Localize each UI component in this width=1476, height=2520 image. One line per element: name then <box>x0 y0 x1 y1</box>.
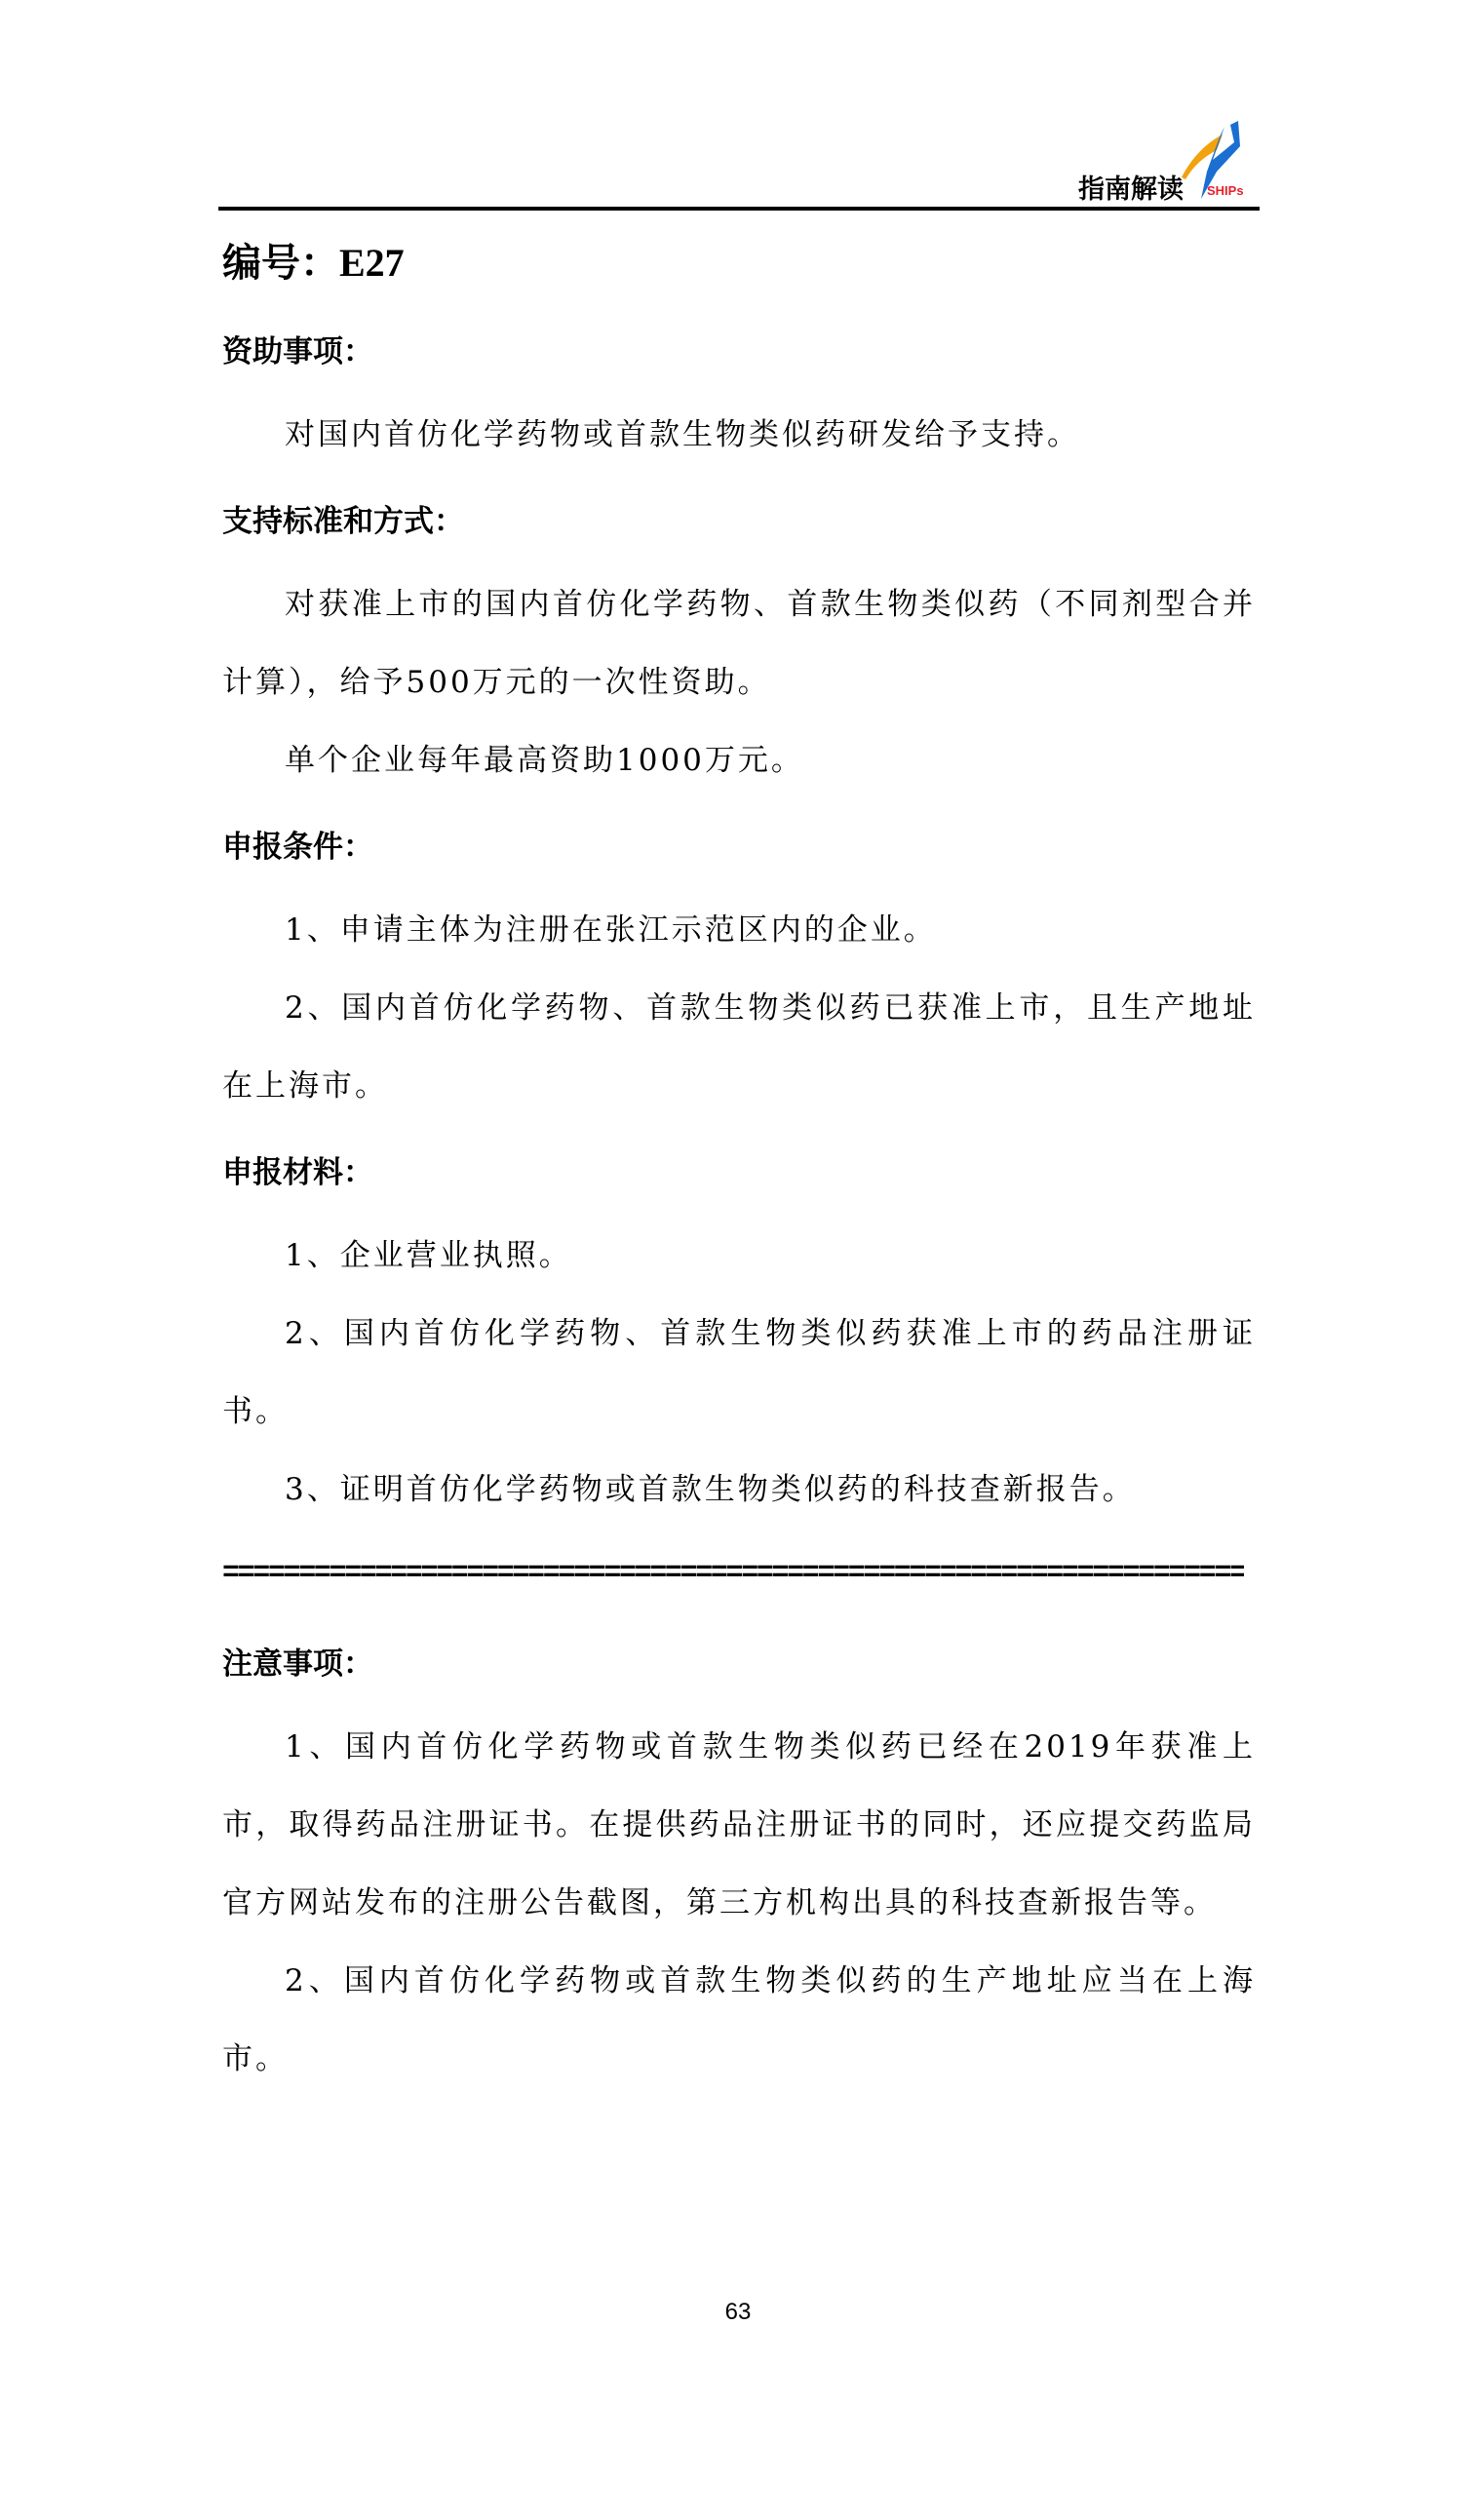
section-support-standard: 支持标准和方式： 对获准上市的国内首仿化学药物、首款生物类似药（不同剂型合并计算… <box>222 499 1256 799</box>
section-funding-item: 资助事项： 对国内首仿化学药物或首款生物类似药研发给予支持。 <box>222 330 1256 474</box>
paragraph: 对国内首仿化学药物或首款生物类似药研发给予支持。 <box>222 396 1256 474</box>
list-item: 2、国内首仿化学药物、首款生物类似药获准上市的药品注册证书。 <box>222 1295 1256 1451</box>
section-heading: 申报条件： <box>222 825 1256 870</box>
page-number: 63 <box>0 2299 1476 2326</box>
section-heading: 申报材料： <box>222 1150 1256 1195</box>
section-notes: 注意事项： 1、国内首仿化学药物或首款生物类似药已经在2019年获准上市，取得药… <box>222 1642 1256 2098</box>
section-heading: 注意事项： <box>222 1642 1256 1686</box>
ships-logo: SHIPs <box>1178 117 1248 205</box>
page-header: 指南解读 SHIPs <box>218 117 1260 211</box>
list-item: 3、证明首仿化学药物或首款生物类似药的科技查新报告。 <box>222 1451 1256 1529</box>
list-item: 1、申请主体为注册在张江示范区内的企业。 <box>222 891 1256 969</box>
list-item: 2、国内首仿化学药物或首款生物类似药的生产地址应当在上海市。 <box>222 1942 1256 2098</box>
separator-line: ========================================… <box>222 1554 1244 1593</box>
list-item: 1、国内首仿化学药物或首款生物类似药已经在2019年获准上市，取得药品注册证书。… <box>222 1708 1256 1942</box>
document-number-label: 编号： <box>222 241 339 286</box>
document-body: 编号：E27 资助事项： 对国内首仿化学药物或首款生物类似药研发给予支持。 支持… <box>222 234 1256 2123</box>
section-heading: 资助事项： <box>222 330 1256 374</box>
paragraph: 单个企业每年最高资助1000万元。 <box>222 721 1256 799</box>
section-application-materials: 申报材料： 1、企业营业执照。 2、国内首仿化学药物、首款生物类似药获准上市的药… <box>222 1150 1256 1529</box>
header-rule <box>218 207 1260 211</box>
list-item: 2、国内首仿化学药物、首款生物类似药已获准上市，且生产地址在上海市。 <box>222 969 1256 1125</box>
list-item: 1、企业营业执照。 <box>222 1217 1256 1295</box>
paragraph: 对获准上市的国内首仿化学药物、首款生物类似药（不同剂型合并计算），给予500万元… <box>222 565 1256 721</box>
section-heading: 支持标准和方式： <box>222 499 1256 544</box>
document-number: 编号：E27 <box>222 234 1256 292</box>
header-title: 指南解读 <box>1078 168 1184 206</box>
section-application-conditions: 申报条件： 1、申请主体为注册在张江示范区内的企业。 2、国内首仿化学药物、首款… <box>222 825 1256 1125</box>
logo-text: SHIPs <box>1207 183 1244 198</box>
document-number-value: E27 <box>339 241 405 285</box>
